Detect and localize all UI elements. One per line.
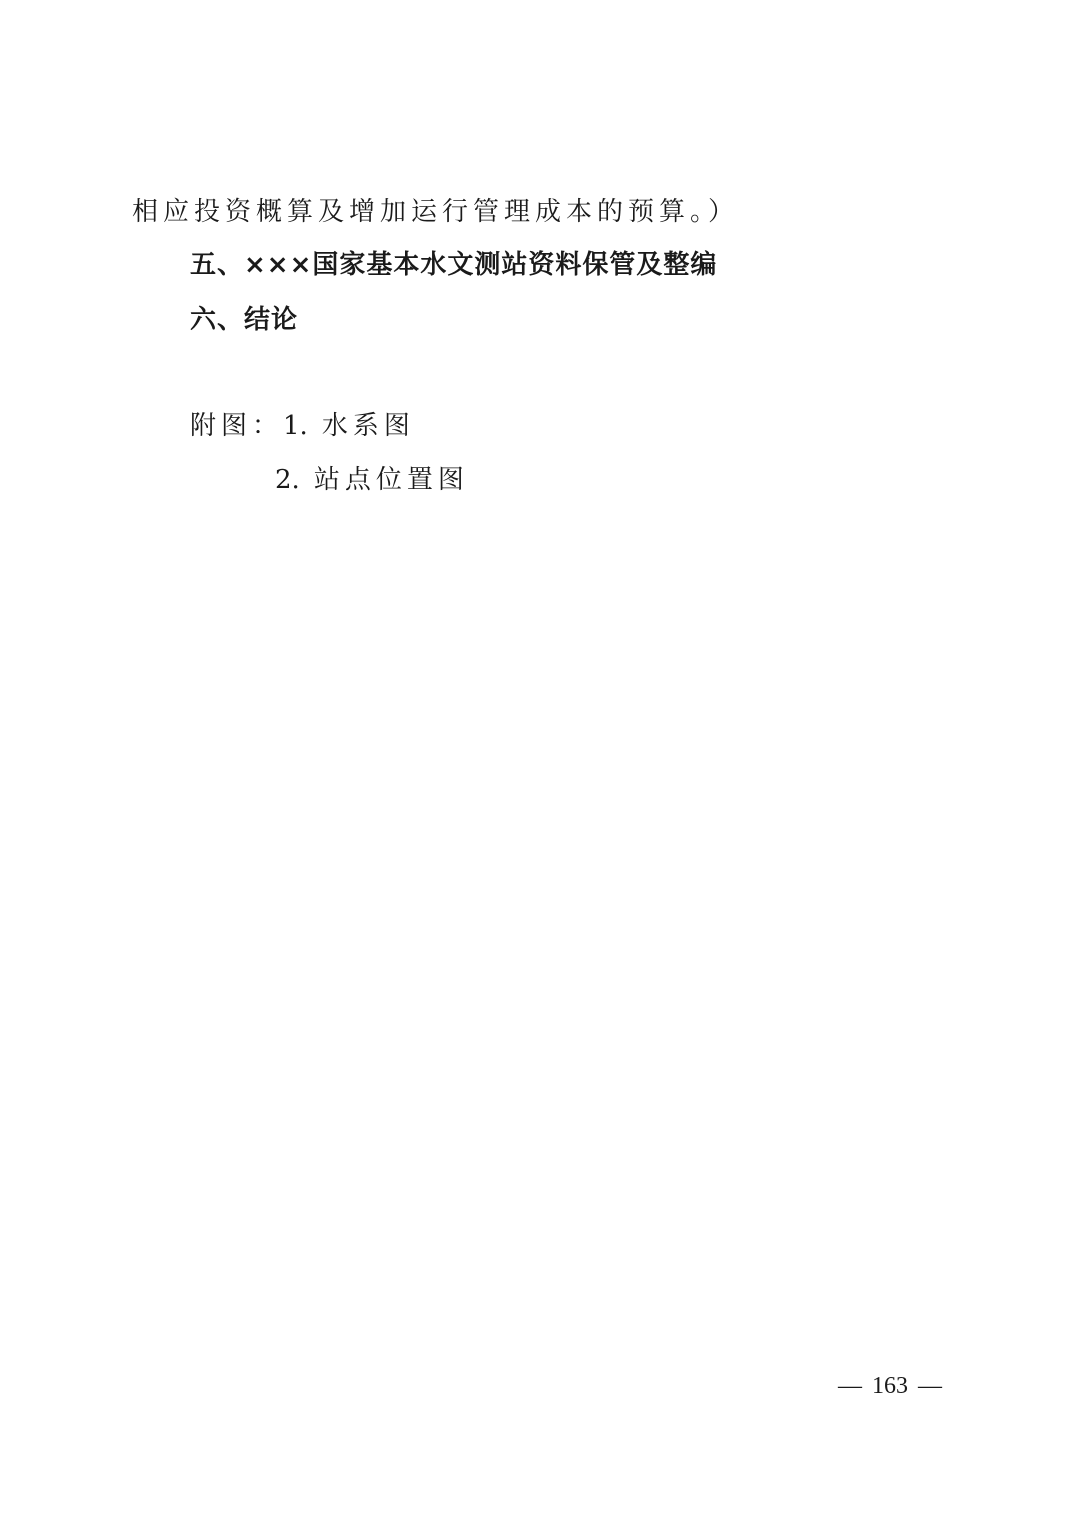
- attachment-number: 1.: [283, 411, 308, 441]
- page-number-dash-left: —: [838, 1372, 862, 1400]
- section-title: ×××国家基本水文测站资料保管及整编: [244, 250, 717, 280]
- page-number-value: 163: [872, 1373, 908, 1399]
- section-title: 结论: [244, 305, 298, 335]
- attachments-list-item-1: 附图：1.水系图: [190, 411, 415, 441]
- attachments-label: 附图：: [190, 411, 283, 441]
- section-number: 五、: [190, 250, 244, 280]
- section-heading-6: 六、结论: [190, 305, 298, 335]
- attachment-number: 2.: [275, 465, 300, 495]
- attachment-title: 水系图: [322, 411, 415, 441]
- page-number-dash-right: —: [918, 1372, 942, 1400]
- attachment-title: 站点位置图: [314, 465, 469, 495]
- attachments-list-item-2: 2.站点位置图: [275, 465, 469, 495]
- page-number: —163—: [828, 1372, 952, 1400]
- section-heading-5: 五、×××国家基本水文测站资料保管及整编: [190, 250, 717, 280]
- paragraph-continuation: 相应投资概算及增加运行管理成本的预算。）: [132, 197, 739, 227]
- section-number: 六、: [190, 305, 244, 335]
